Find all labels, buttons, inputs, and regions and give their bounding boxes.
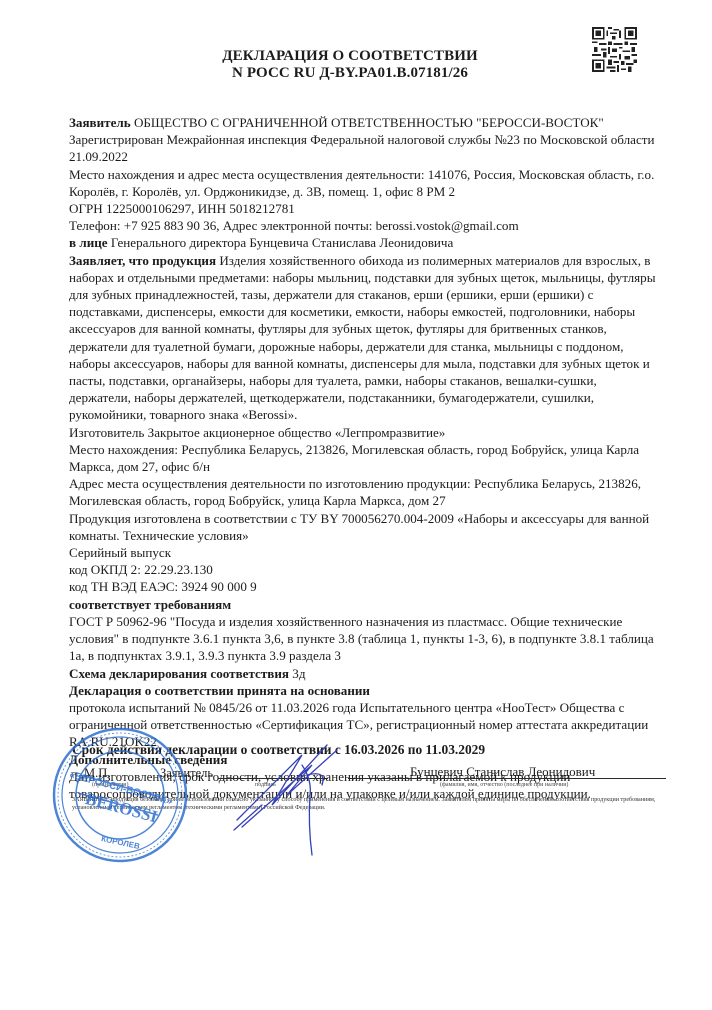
declaration-body: Заявитель ОБЩЕСТВО С ОГРАНИЧЕННОЙ ОТВЕТС…	[69, 114, 659, 802]
requirements-text: ГОСТ Р 50962-96 "Посуда и изделия хозяйс…	[69, 613, 659, 665]
product-description: Изделия хозяйственного обихода из полиме…	[69, 253, 656, 423]
declaration-page: ДЕКЛАРАЦИЯ О СООТВЕТСТВИИ N РОСС RU Д-BY…	[0, 0, 712, 1010]
scheme-line: Схема декларирования соответствия 3д	[69, 665, 659, 682]
manufacturer-location: Место нахождения: Республика Беларусь, 2…	[69, 441, 659, 475]
production-address: Адрес места осуществления деятельности п…	[69, 475, 659, 509]
document-header: ДЕКЛАРАЦИЯ О СООТВЕТСТВИИ N РОСС RU Д-BY…	[150, 48, 550, 82]
company-stamp-icon: «БЕРОССИ-ВОСТОК» BEROSSI КОРОЛЕВ	[50, 725, 190, 865]
product-line: Заявляет, что продукция Изделия хозяйств…	[69, 252, 659, 424]
applicant-address: Место нахождения и адрес места осуществл…	[69, 166, 659, 200]
applicant-line: Заявитель ОБЩЕСТВО С ОГРАНИЧЕННОЙ ОТВЕТС…	[69, 114, 659, 131]
tnved-code: код ТН ВЭД ЕАЭС: 3924 90 000 9	[69, 578, 659, 595]
represented-line: в лице Генерального директора Бунцевича …	[69, 234, 659, 251]
release-type: Серийный выпуск	[69, 544, 659, 561]
signer-name: Бунцевич Станислав Леонидович	[410, 764, 595, 780]
document-title: ДЕКЛАРАЦИЯ О СООТВЕТСТВИИ	[150, 48, 550, 65]
signature-scribble-icon	[232, 735, 352, 860]
product-label: Заявляет, что продукция	[69, 253, 216, 268]
product-standard: Продукция изготовлена в соответствии с Т…	[69, 510, 659, 544]
okpd-code: код ОКПД 2: 22.29.23.130	[69, 561, 659, 578]
applicant-label: Заявитель	[69, 115, 131, 130]
applicant-ids: ОГРН 1225000106297, ИНН 5018212781	[69, 200, 659, 217]
applicant-name: ОБЩЕСТВО С ОГРАНИЧЕННОЙ ОТВЕТСТВЕННОСТЬЮ…	[134, 115, 604, 130]
applicant-contacts: Телефон: +7 925 883 90 36, Адрес электро…	[69, 217, 659, 234]
scheme-value: 3д	[292, 666, 305, 681]
requirements-label: соответствует требованиям	[69, 596, 659, 613]
represented-by: Генерального директора Бунцевича Станисл…	[111, 235, 453, 250]
signer-note: (фамилия, имя, отчество (последнее при н…	[440, 782, 568, 788]
applicant-registration: Зарегистрирован Межрайонная инспекция Фе…	[69, 131, 659, 165]
manufacturer: Изготовитель Закрытое акционерное общест…	[69, 424, 659, 441]
qr-code-icon	[592, 27, 637, 72]
represented-label: в лице	[69, 235, 108, 250]
scheme-label: Схема декларирования соответствия	[69, 666, 289, 681]
basis-label: Декларация о соответствии принята на осн…	[69, 682, 659, 699]
document-number: N РОСС RU Д-BY.PA01.B.07181/26	[150, 65, 550, 82]
